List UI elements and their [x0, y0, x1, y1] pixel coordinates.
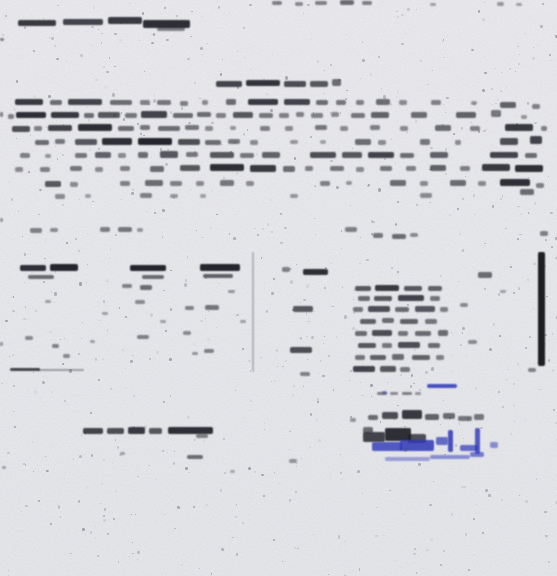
scan-noise-speck: [289, 449, 290, 450]
scan-noise-speck: [420, 445, 421, 446]
paragraph-line-5-mark: [118, 153, 126, 158]
left-edge-ticks-mark: [0, 342, 3, 346]
scan-noise-speck: [170, 270, 172, 271]
scan-noise-speck: [324, 70, 325, 71]
scan-noise-speck: [187, 58, 190, 60]
address-block-mark: [358, 296, 370, 301]
scan-noise-speck: [498, 115, 500, 116]
paragraph-line-2-mark: [197, 112, 211, 117]
scan-noise-speck: [333, 389, 335, 390]
scan-noise-speck: [445, 173, 447, 175]
paragraph-line-3-mark: [185, 125, 199, 130]
scan-noise-speck: [248, 360, 251, 362]
scan-noise-speck: [3, 209, 4, 210]
scan-noise-speck: [62, 154, 64, 156]
scan-noise-speck: [67, 243, 68, 244]
scan-noise-speck: [341, 248, 342, 249]
scan-noise-speck: [51, 37, 54, 40]
scan-noise-speck: [514, 421, 515, 422]
scan-noise-speck: [95, 79, 98, 81]
scan-noise-speck: [402, 104, 403, 105]
table-cell-marks-mark: [183, 331, 191, 335]
scan-noise-speck: [78, 353, 80, 355]
address-block-mark: [400, 367, 410, 372]
scan-noise-speck: [57, 5, 60, 7]
paragraph-line-2-mark: [216, 113, 226, 118]
scan-noise-speck: [462, 249, 464, 252]
scan-noise-speck: [5, 320, 7, 323]
table-cell-marks-mark: [140, 285, 152, 290]
scan-noise-speck: [189, 472, 191, 473]
scan-noise-speck: [544, 511, 547, 513]
paragraph-line-2-mark: [456, 112, 476, 118]
scan-noise-speck: [216, 157, 218, 159]
scan-noise-speck: [349, 380, 350, 381]
paragraph-line-8-mark: [520, 189, 534, 195]
scan-noise-speck: [290, 280, 293, 283]
scan-noise-speck: [284, 227, 287, 229]
scan-noise-speck: [534, 202, 537, 205]
scan-noise-speck: [440, 564, 442, 565]
scan-noise-speck: [375, 535, 378, 538]
scan-noise-speck: [51, 446, 52, 447]
scan-noise-speck: [383, 535, 384, 536]
address-block-mark: [428, 286, 442, 291]
scan-noise-speck: [173, 197, 175, 199]
scan-noise-speck: [242, 522, 243, 524]
scan-noise-speck: [350, 205, 351, 206]
scan-noise-speck: [338, 535, 341, 539]
paragraph-line-3-mark: [34, 126, 42, 131]
scan-noise-speck: [249, 4, 251, 6]
paragraph-line-6-mark: [305, 166, 313, 171]
scan-noise-speck: [226, 157, 228, 158]
scan-noise-speck: [240, 226, 241, 227]
scan-noise-speck: [306, 284, 309, 288]
paragraph-line-1-mark: [532, 104, 540, 109]
scan-noise-speck: [24, 26, 26, 29]
scan-noise-speck: [273, 278, 275, 280]
paragraph-line-7-mark: [420, 181, 428, 186]
scan-noise-speck: [414, 349, 416, 351]
letterhead-line-mark: [18, 20, 56, 26]
scan-noise-speck: [537, 145, 539, 147]
scan-noise-speck: [193, 343, 196, 345]
paragraph-line-1-mark: [202, 100, 208, 105]
scan-noise-speck: [222, 59, 223, 60]
scan-noise-speck: [362, 59, 365, 62]
table-cell-marks-mark: [137, 335, 149, 339]
scan-noise-speck: [71, 182, 72, 183]
paragraph-line-1-mark: [50, 100, 62, 105]
scan-noise-speck: [296, 162, 298, 163]
scan-noise-speck: [308, 321, 310, 322]
table-cell-marks-mark: [45, 300, 51, 303]
scan-noise-speck: [84, 431, 86, 433]
table-cell-marks-mark: [102, 312, 108, 315]
paragraph-line-7-mark: [246, 181, 254, 186]
scan-noise-speck: [443, 550, 445, 551]
scan-noise-speck: [79, 455, 82, 458]
paragraph-line-5-mark: [75, 153, 87, 158]
letterhead-line-mark: [63, 19, 103, 25]
scan-noise-speck: [279, 483, 280, 484]
scan-noise-speck: [311, 336, 313, 339]
scan-noise-speck: [35, 310, 38, 312]
paragraph-line-6-mark: [70, 166, 82, 171]
right-block-side-marks-mark: [468, 340, 477, 344]
scan-noise-speck: [57, 158, 59, 160]
scan-noise-speck: [13, 411, 15, 412]
scan-noise-speck: [465, 355, 467, 356]
scan-noise-speck: [49, 331, 52, 333]
scan-noise-speck: [438, 390, 439, 391]
scan-noise-speck: [396, 96, 398, 98]
paragraph-line-6-mark: [482, 164, 510, 171]
scan-noise-speck: [164, 7, 166, 9]
signature-scribble-blue-mark: [372, 442, 402, 451]
scan-noise-speck: [395, 223, 397, 226]
closing-line-mark: [50, 228, 58, 232]
scan-noise-speck: [548, 176, 549, 177]
scan-noise-speck: [8, 570, 9, 571]
right-block-side-marks-mark: [460, 303, 468, 307]
signature-scribble-blue-mark: [430, 455, 470, 459]
scan-noise-speck: [62, 363, 64, 365]
scan-noise-speck: [35, 528, 36, 529]
scan-noise-speck: [135, 514, 136, 515]
scan-noise-speck: [484, 288, 486, 290]
paragraph-line-5-mark: [186, 152, 198, 157]
scan-noise-speck: [55, 146, 57, 147]
scan-noise-speck: [272, 99, 275, 101]
closing-line-mark: [373, 233, 383, 238]
scan-noise-speck: [318, 439, 321, 442]
scan-noise-speck: [397, 201, 399, 203]
scan-noise-speck: [91, 26, 93, 28]
scan-noise-speck: [78, 250, 80, 252]
scan-noise-speck: [201, 16, 202, 17]
paragraph-line-7-mark: [120, 181, 130, 186]
scan-noise-speck: [280, 242, 283, 245]
scan-noise-speck: [79, 282, 82, 286]
table-cell-marks-mark: [160, 320, 166, 323]
signature-scribble-dark-mark: [363, 432, 385, 442]
scan-noise-speck: [532, 57, 535, 60]
scan-noise-speck: [16, 138, 17, 139]
scan-noise-speck: [488, 494, 491, 497]
scan-noise-speck: [33, 471, 34, 473]
scan-noise-speck: [515, 71, 516, 72]
scan-noise-speck: [16, 80, 18, 83]
paragraph-line-6-mark: [460, 166, 470, 171]
footer-text-line-mark: [149, 428, 162, 434]
scan-noise-speck: [263, 78, 265, 80]
scan-noise-speck: [50, 523, 52, 525]
paragraph-line-2-mark: [296, 112, 304, 117]
scan-noise-speck: [248, 467, 251, 470]
scan-noise-speck: [307, 4, 310, 7]
scan-noise-speck: [45, 167, 46, 168]
scan-noise-speck: [257, 234, 259, 236]
scan-noise-speck: [536, 478, 537, 480]
scan-noise-speck: [2, 34, 4, 36]
scan-noise-speck: [460, 344, 463, 347]
address-block-mark: [415, 306, 435, 312]
scan-noise-speck: [416, 572, 418, 574]
scan-noise-speck: [397, 405, 399, 407]
scan-noise-speck: [533, 308, 534, 309]
scan-noise-speck: [29, 172, 30, 173]
scan-noise-speck: [82, 528, 84, 531]
scan-noise-speck: [11, 239, 13, 240]
scan-noise-speck: [415, 120, 417, 123]
scan-noise-speck: [462, 198, 464, 201]
paragraph-line-6-mark: [283, 166, 295, 172]
scan-noise-speck: [350, 370, 352, 372]
scan-noise-speck: [99, 320, 100, 321]
scan-noise-speck: [259, 137, 260, 138]
paragraph-line-1-mark: [376, 99, 390, 105]
signature-dotted-line-mark: [390, 392, 398, 395]
scan-noise-speck: [461, 129, 462, 130]
footer-text-line-mark: [196, 434, 208, 438]
scan-noise-speck: [274, 380, 276, 382]
signature-annotation-mark: [474, 414, 484, 420]
scan-noise-speck: [533, 47, 534, 48]
scan-noise-speck: [270, 109, 273, 113]
scan-noise-speck: [317, 401, 319, 402]
scan-noise-speck: [476, 504, 477, 505]
scan-noise-speck: [413, 553, 416, 555]
scan-noise-speck: [137, 476, 139, 477]
scan-noise-speck: [553, 409, 555, 411]
scan-noise-speck: [393, 418, 396, 421]
signature-annotation-mark: [350, 418, 356, 422]
signature-dotted-line-mark: [402, 392, 412, 395]
scan-noise-speck: [260, 357, 262, 359]
scan-noise-speck: [306, 336, 308, 338]
scan-noise-speck: [295, 491, 297, 493]
scan-noise-speck: [12, 135, 13, 136]
scan-noise-speck: [466, 447, 467, 448]
scan-noise-speck: [264, 429, 266, 430]
scan-noise-speck: [517, 363, 520, 366]
scan-noise-speck: [187, 256, 189, 258]
scan-noise-speck: [151, 157, 152, 159]
scan-noise-speck: [45, 241, 46, 242]
scan-noise-speck: [266, 93, 269, 96]
scan-noise-speck: [73, 459, 74, 460]
scan-noise-speck: [88, 119, 91, 122]
scan-noise-speck: [114, 33, 116, 35]
table-divider-mark: [252, 252, 254, 372]
scan-noise-speck: [336, 186, 339, 189]
scan-noise-speck: [366, 259, 369, 261]
scan-noise-speck: [316, 419, 318, 421]
paragraph-line-5-mark: [490, 152, 518, 158]
scan-noise-speck: [293, 385, 294, 387]
top-edge-fragments-mark: [497, 2, 504, 6]
address-block-mark: [360, 319, 376, 324]
scan-noise-speck: [387, 382, 388, 383]
scan-noise-speck: [307, 359, 309, 361]
signature-annotation-mark: [368, 415, 378, 420]
scan-noise-speck: [328, 574, 329, 575]
paragraph-line-2-mark: [233, 112, 253, 118]
scan-noise-speck: [331, 263, 332, 264]
scan-noise-speck: [404, 466, 405, 468]
scan-noise-speck: [83, 237, 84, 239]
scan-noise-speck: [484, 243, 486, 244]
scan-noise-speck: [174, 451, 175, 452]
scan-noise-speck: [491, 104, 492, 105]
scan-noise-speck: [117, 446, 119, 449]
scan-noise-speck: [97, 555, 99, 557]
scan-noise-speck: [149, 358, 151, 360]
closing-line-mark: [118, 227, 132, 232]
scan-noise-speck: [463, 486, 466, 488]
table-cell-marks-mark: [122, 284, 132, 288]
scan-noise-speck: [247, 129, 248, 131]
scan-noise-speck: [401, 43, 403, 44]
scan-noise-speck: [470, 122, 471, 124]
scan-noise-speck: [362, 395, 363, 396]
table-cell-marks-mark: [52, 344, 59, 348]
scan-noise-speck: [370, 384, 373, 387]
scan-noise-speck: [54, 45, 56, 47]
scan-noise-speck: [510, 266, 512, 268]
scan-noise-speck: [528, 212, 529, 214]
scan-noise-speck: [48, 95, 51, 98]
paragraph-line-8-mark: [200, 194, 206, 198]
scan-noise-speck: [237, 51, 238, 52]
scan-noise-speck: [244, 57, 246, 58]
scan-noise-speck: [491, 145, 492, 146]
paragraph-line-1-mark: [336, 100, 346, 105]
scan-noise-speck: [497, 99, 499, 101]
closing-line-mark: [30, 228, 42, 233]
scan-noise-speck: [43, 281, 45, 283]
scan-noise-speck: [193, 506, 195, 508]
scan-noise-speck: [426, 549, 429, 552]
scan-noise-speck: [359, 362, 360, 363]
scan-noise-speck: [341, 479, 342, 480]
scan-noise-speck: [26, 172, 27, 174]
scan-noise-speck: [309, 80, 310, 81]
scan-noise-speck: [200, 320, 203, 322]
scan-noise-speck: [64, 338, 65, 339]
scan-noise-speck: [23, 318, 26, 320]
scan-noise-speck: [453, 133, 455, 135]
paragraph-line-7-mark: [196, 181, 204, 186]
table-cell-marks-mark: [240, 320, 246, 323]
scan-noise-speck: [518, 63, 520, 66]
scan-noise-speck: [451, 513, 454, 516]
scan-noise-speck: [501, 72, 503, 73]
scan-noise-speck: [131, 192, 133, 195]
scan-noise-speck: [370, 73, 372, 76]
scan-noise-speck: [545, 535, 547, 537]
scan-noise-speck: [519, 495, 520, 496]
signature-dotted-line-mark: [415, 392, 421, 395]
scan-noise-speck: [524, 420, 525, 421]
scan-noise-speck: [289, 431, 291, 432]
scan-noise-speck: [266, 310, 268, 313]
scan-noise-speck: [277, 366, 278, 367]
scan-noise-speck: [33, 372, 34, 373]
scan-noise-speck: [405, 33, 407, 35]
scan-noise-speck: [203, 440, 205, 441]
scan-noise-speck: [104, 508, 107, 511]
table-cell-marks-mark: [192, 352, 198, 355]
scan-noise-speck: [199, 568, 200, 569]
scan-noise-speck: [313, 156, 315, 157]
scan-noise-speck: [205, 277, 207, 279]
paragraph-line-5-mark: [430, 152, 448, 158]
scan-noise-speck: [262, 228, 264, 230]
scan-noise-speck: [320, 566, 321, 567]
table-header-col3-mark: [203, 274, 233, 278]
closing-line-mark: [392, 234, 406, 239]
scan-noise-speck: [449, 420, 450, 421]
scan-noise-speck: [474, 214, 475, 215]
scan-noise-speck: [294, 547, 296, 549]
scan-noise-speck: [65, 19, 67, 20]
scan-noise-speck: [92, 201, 93, 202]
scan-noise-speck: [103, 300, 105, 303]
paragraph-line-1-mark: [399, 100, 407, 105]
scan-noise-speck: [462, 327, 465, 330]
paragraph-line-4-mark: [102, 138, 132, 145]
table-cell-marks-mark: [63, 354, 70, 358]
scan-noise-speck: [314, 186, 316, 187]
scan-noise-speck: [272, 54, 273, 55]
paragraph-line-4-mark: [530, 136, 542, 144]
address-block-mark: [430, 296, 440, 301]
scan-noise-speck: [45, 456, 46, 457]
address-block-mark: [398, 331, 408, 336]
scan-noise-speck: [308, 260, 309, 261]
scan-noise-speck: [98, 148, 100, 150]
paragraph-line-2-mark: [16, 112, 46, 118]
scan-noise-speck: [308, 375, 309, 376]
footer-small-marks-mark: [187, 455, 203, 459]
table-header-col2-mark: [130, 265, 166, 271]
scan-noise-speck: [418, 463, 421, 467]
scan-noise-speck: [517, 238, 519, 240]
scan-noise-speck: [433, 481, 434, 482]
paragraph-line-1-mark: [180, 101, 188, 106]
paragraph-line-3-mark: [78, 124, 112, 131]
scan-noise-speck: [484, 72, 487, 74]
scan-noise-speck: [440, 424, 441, 425]
scan-noise-speck: [324, 287, 327, 289]
scan-noise-speck: [81, 435, 83, 436]
scan-noise-speck: [445, 112, 446, 113]
scan-noise-speck: [407, 304, 410, 306]
scan-noise-speck: [309, 446, 312, 448]
scan-noise-speck: [327, 181, 329, 182]
paragraph-line-8-mark: [55, 194, 65, 199]
scan-noise-speck: [14, 426, 16, 428]
scan-noise-speck: [236, 504, 237, 505]
scan-noise-speck: [138, 499, 139, 500]
scan-noise-speck: [524, 281, 525, 282]
closing-line-mark: [137, 228, 143, 232]
scan-noise-speck: [191, 189, 192, 190]
scan-noise-speck: [397, 16, 399, 18]
